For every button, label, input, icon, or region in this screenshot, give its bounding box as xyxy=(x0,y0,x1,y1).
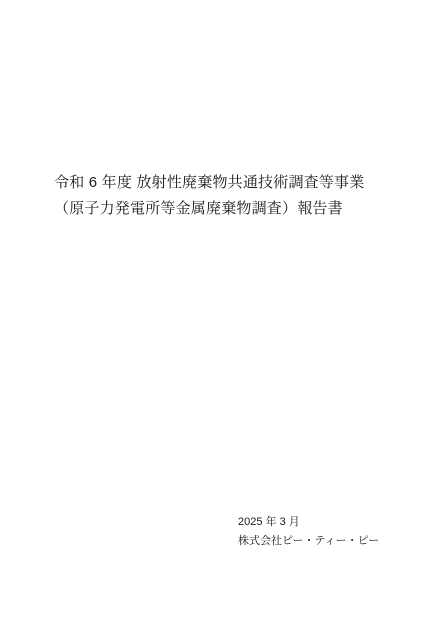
imprint: 2025 年 3 月 株式会社ピー・ティー・ピー xyxy=(238,513,379,551)
publisher-name: 株式会社ピー・ティー・ピー xyxy=(238,532,379,551)
report-title-line1: 令和 6 年度 放射性廃棄物共通技術調査等事業 xyxy=(54,170,394,196)
report-title-line2: （原子力発電所等金属廃棄物調査）報告書 xyxy=(54,196,394,222)
report-cover-page: 令和 6 年度 放射性廃棄物共通技術調査等事業 （原子力発電所等金属廃棄物調査）… xyxy=(0,0,445,630)
publication-date: 2025 年 3 月 xyxy=(238,513,379,532)
report-title: 令和 6 年度 放射性廃棄物共通技術調査等事業 （原子力発電所等金属廃棄物調査）… xyxy=(54,170,394,222)
